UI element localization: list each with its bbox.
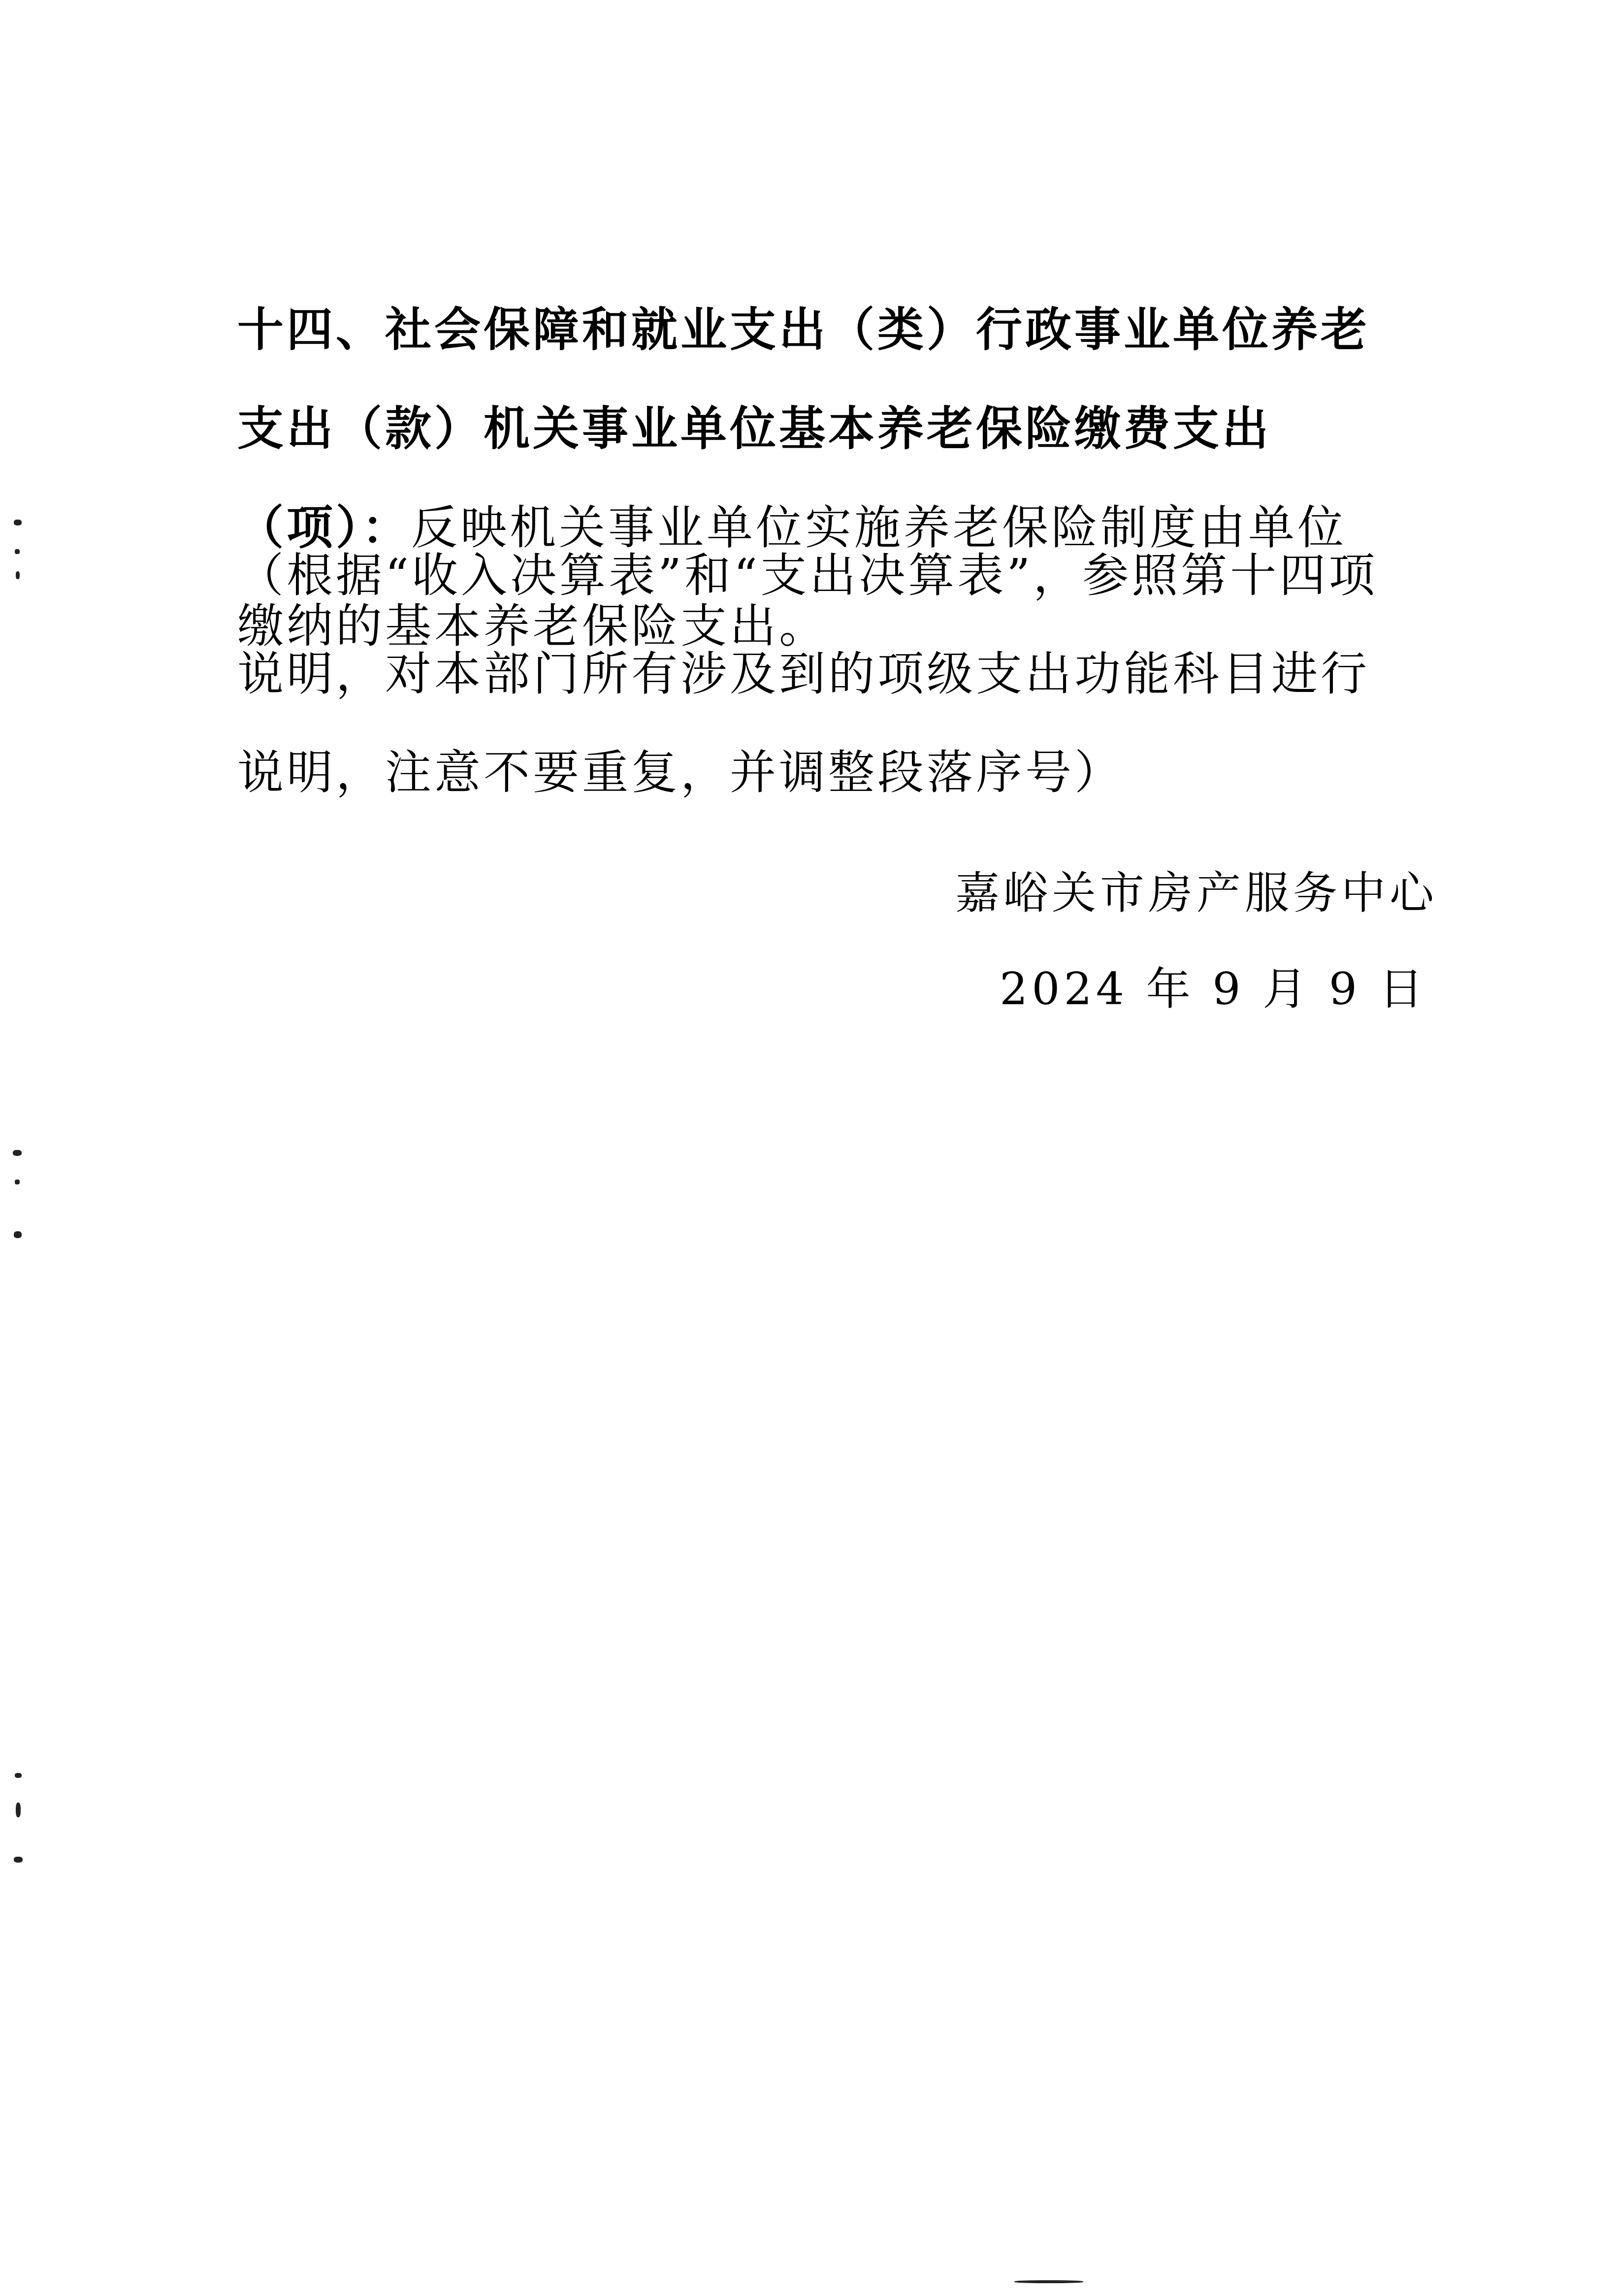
scan-artifact — [16, 571, 20, 579]
scan-artifact — [13, 1150, 22, 1156]
scan-artifact — [15, 549, 20, 554]
scan-artifact — [14, 520, 22, 525]
scan-artifact — [1014, 2280, 1083, 2283]
scan-artifact — [15, 1773, 22, 1778]
scan-artifact — [15, 1180, 20, 1184]
scan-artifact — [14, 1231, 22, 1238]
scan-artifact — [14, 1857, 23, 1863]
document-page: 十四、社会保障和就业支出（类）行政事业单位养老支出（款）机关事业单位基本养老保险… — [0, 0, 1618, 2296]
scan-artifact — [16, 1803, 21, 1817]
instruction-note: （根据“收入决算表”和“支出决算表”，参照第十四项说明，对本部门所有涉及到的项级… — [237, 527, 1390, 822]
signature-date: 2024 年 9 月 9 日 — [1000, 953, 1427, 1017]
signature-organization: 嘉峪关市房产服务中心 — [955, 857, 1438, 921]
